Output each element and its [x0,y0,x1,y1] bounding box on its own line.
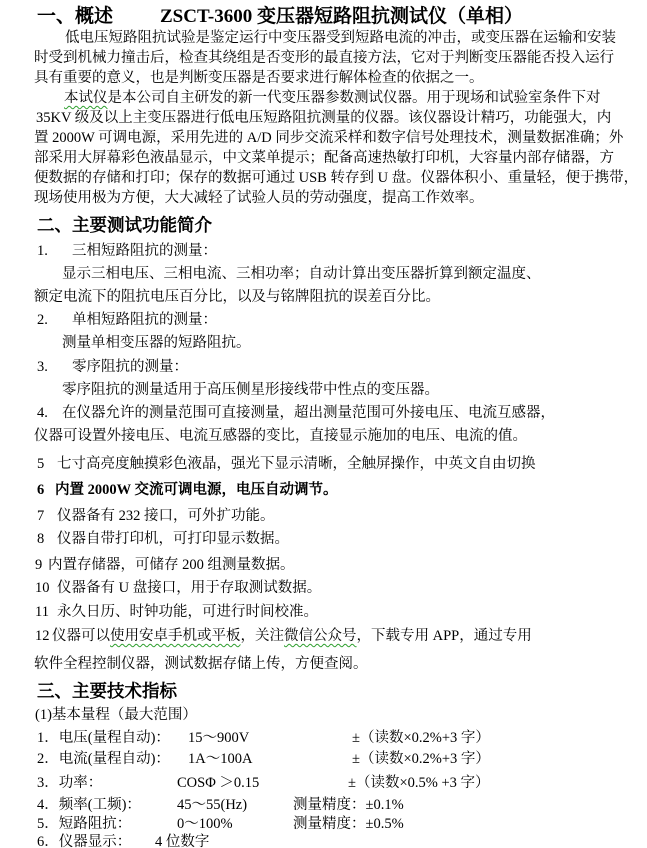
section1-heading-number: 一、概述 [37,6,113,28]
overview-p2-line6: 现场使用极为方便，大大减轻了试验人员的劳动强度，提高工作效率。 [34,190,484,207]
feature-2-number: 2. [37,312,48,329]
overview-p2-line2: 35KV 级及以上主变压器进行低电压短路阻抗测量的仪器。该仪器设计精巧，功能强大… [36,110,611,127]
feature-7-number: 7 [37,508,44,525]
section3-heading: 三、主要技术指标 [37,681,177,701]
feature-8-number: 8 [37,531,44,548]
feature-4-line2: 仪器可设置外接电压、电流互感器的变比，直接显示施加的电压、电流的值。 [34,428,527,445]
spellcheck-term: 使用安卓手机或平板 [110,628,241,644]
spec-row-3-value: COSΦ ＞0.15 [177,775,259,792]
feature-5-number: 5 [37,456,44,473]
spellcheck-term: 微信公众号 [284,628,357,644]
feature-12-pre: 仪器可以 [52,628,110,644]
feature-6-number: 6 [37,482,44,499]
spec-row-3-accuracy: ±（读数×0.5% +3 字） [348,775,490,792]
overview-p2-line1-rest: 是本公司自主研发的新一代变压器参数测试仪器。用于现场和试验室条件下对 [108,90,601,106]
spec-row-2-accuracy: ±（读数×0.2%+3 字） [352,751,490,768]
spec-row-3-label: 3．功率： [37,775,102,792]
feature-12-line1: 仪器可以使用安卓手机或平板，关注微信公众号，下载专用 APP，通过专用 [52,628,532,645]
overview-p2-line4: 部采用大屏幕彩色液晶显示，中文菜单提示；配备高速热敏打印机，大容量内部存储器，方 [34,150,614,167]
overview-p2-line1: 本试仪是本公司自主研发的新一代变压器参数测试仪器。用于现场和试验室条件下对 [64,90,601,107]
feature-3-number: 3. [37,359,48,376]
section2-heading: 二、主要测试功能简介 [37,215,212,235]
overview-p1-line1: 低电压短路阻抗试验是鉴定运行中变压器受到短路电流的冲击，或变压器在运输和安装 [65,30,616,47]
feature-2-detail: 测量单相变压器的短路阻抗。 [62,335,251,352]
spec-row-5-label: 5．短路阻抗： [37,816,131,833]
document-page: 一、概述 ZSCT-3600 变压器短路阻抗测试仪（单相） 低电压短路阻抗试验是… [0,0,647,848]
spec-row-2-value: 1A～100A [188,751,252,768]
feature-1-number: 1. [37,243,48,260]
feature-12-line2: 软件全程控制仪器，测试数据存储上传，方便查阅。 [34,656,368,673]
feature-4-number: 4. [37,405,48,422]
overview-p1-line2: 时受到机械力撞击后，检查其绕组是否变形的最直接方法，它对于判断变压器能否投入运行 [34,50,614,67]
feature-5-text: 七寸高亮度触摸彩色液晶，强光下显示清晰，全触屏操作，中英文自由切换 [57,456,536,473]
feature-11-text: 永久日历、时钟功能，可进行时间校准。 [57,604,318,621]
spec-scope-subheading: (1)基本量程（最大范围） [35,707,197,724]
spec-row-1-value: 15～900V [188,730,249,747]
spec-row-4-value: 45～55(Hz) [177,797,247,814]
feature-11-number: 11 [35,604,49,621]
feature-10-number: 10 [35,580,50,597]
feature-1-detail-line1: 显示三相电压、三相电流、三相功率；自动计算出变压器折算到额定温度、 [62,266,541,283]
feature-9-text: 内置存储器，可储存 200 组测量数据。 [48,557,295,574]
spec-row-5-accuracy: 测量精度：±0.5% [293,816,404,833]
spellcheck-term: 本试仪 [64,90,108,106]
document-title: ZSCT-3600 变压器短路阻抗测试仪（单相） [160,6,523,28]
feature-2-title: 单相短路阻抗的测量： [72,312,217,329]
feature-4-line1: 在仪器允许的测量范围可直接测量，超出测量范围可外接电压、电流互感器， [62,405,555,422]
feature-1-detail-line2: 额定电流下的阻抗电压百分比，以及与铭牌阻抗的误差百分比。 [34,289,440,306]
spec-row-5-value: 0～100% [177,816,233,833]
feature-12-mid: ，关注 [241,628,285,644]
spec-row-6-label: 6．仪器显示： [37,834,131,848]
spec-row-4-label: 4．频率(工频)： [37,797,141,814]
feature-7-text: 仪器备有 232 接口，可外扩功能。 [57,508,275,525]
feature-12-number: 12 [35,628,50,645]
feature-8-text: 仪器自带打印机，可打印显示数据。 [57,531,289,548]
overview-p2-line3: 置 2000W 可调电源，采用先进的 A/D 同步交流采样和数字信号处理技术，测… [34,130,623,147]
feature-9-number: 9 [35,557,42,574]
spec-row-1-accuracy: ±（读数×0.2%+3 字） [352,730,490,747]
feature-3-detail: 零序阻抗的测量适用于高压侧星形接线带中性点的变压器。 [62,382,439,399]
overview-p2-line5: 便数据的存储和打印；保存的数据可通过 USB 转存到 U 盘。仪器体积小、重量轻… [34,170,638,187]
spec-row-2-label: 2．电流(量程自动)： [37,751,170,768]
overview-p1-line3: 具有重要的意义，也是判断变压器是否要求进行解体检查的依据之一。 [34,70,484,87]
spec-row-6-value: 4 位数字 [155,834,209,848]
feature-6-text: 内置 2000W 交流可调电源，电压自动调节。 [55,482,338,499]
feature-12-post: ，下载专用 APP，通过专用 [357,628,532,644]
feature-10-text: 仪器备有 U 盘接口，用于存取测试数据。 [57,580,321,597]
feature-3-title: 零序阻抗的测量： [72,359,188,376]
spec-row-1-label: 1．电压(量程自动)： [37,730,170,747]
spec-row-4-accuracy: 测量精度：±0.1% [293,797,404,814]
feature-1-title: 三相短路阻抗的测量： [72,243,217,260]
